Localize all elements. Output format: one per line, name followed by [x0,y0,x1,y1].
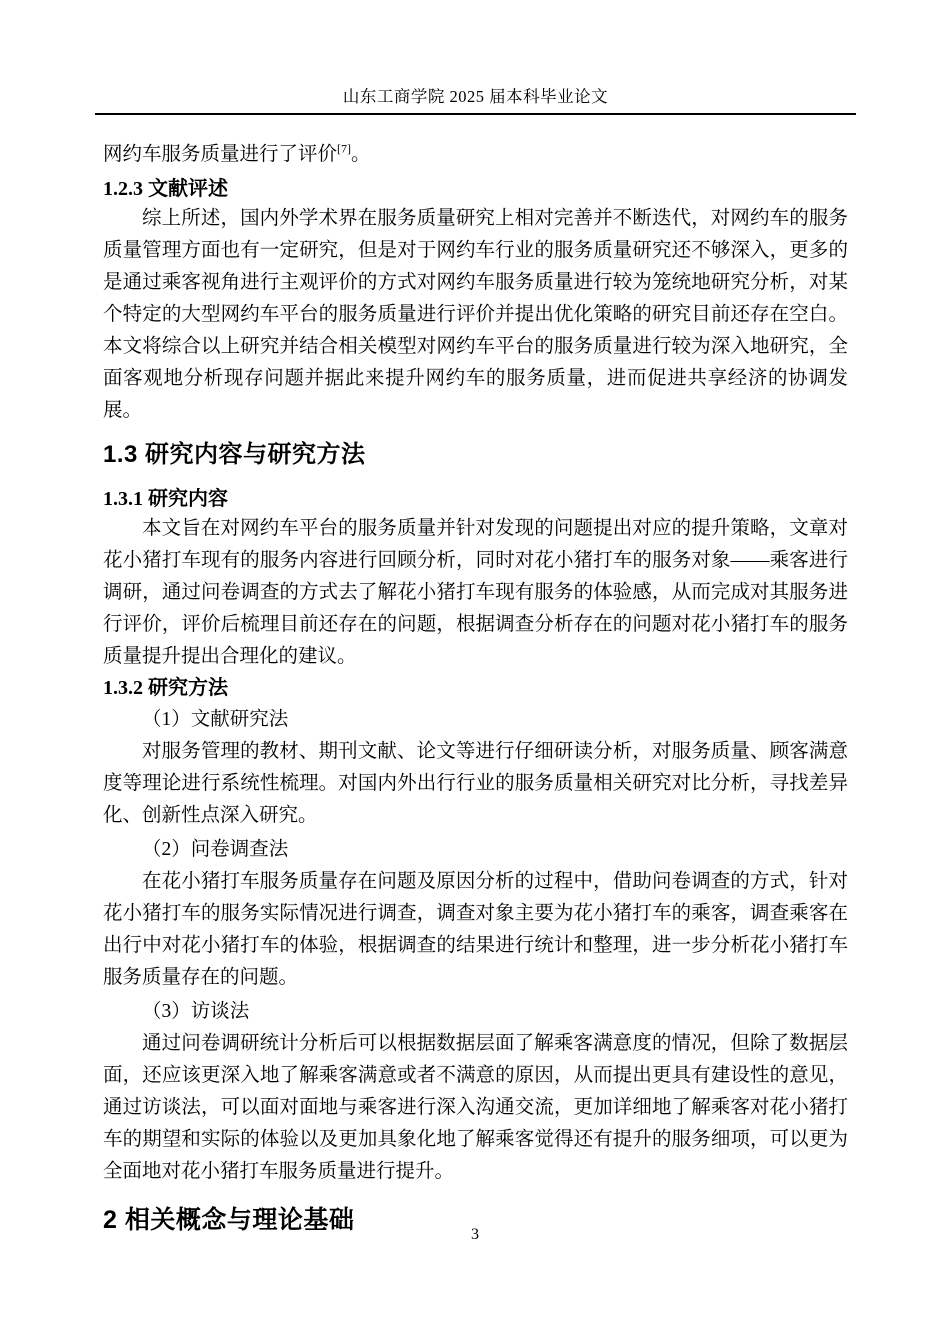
heading-1-3-research-content-and-methods: 1.3 研究内容与研究方法 [103,438,848,471]
method-2-text: 在花小猪打车服务质量存在问题及原因分析的过程中，借助问卷调查的方式，针对花小猪打… [103,866,848,994]
heading-1-3-2-research-methods: 1.3.2 研究方法 [103,675,848,702]
method-2-title: （2）问卷调查法 [103,834,848,866]
lead-text: 网约车服务质量进行了评价 [103,144,337,165]
page-number: 3 [0,1226,950,1244]
paragraph-research-content: 本文旨在对网约车平台的服务质量并针对发现的问题提出对应的提升策略，文章对花小猪打… [103,513,848,673]
page-header: 山东工商学院 2025 届本科毕业论文 [95,0,856,115]
method-1-title: （1）文献研究法 [103,704,848,736]
method-3-text: 通过问卷调研统计分析后可以根据数据层面了解乘客满意度的情况，但除了数据层面，还应… [103,1028,848,1188]
heading-1-2-3-literature-review: 1.2.3 文献评述 [103,176,848,203]
heading-1-3-1-research-content: 1.3.1 研究内容 [103,486,848,513]
lead-tail: 。 [351,144,371,165]
running-head-title: 山东工商学院 2025 届本科毕业论文 [343,83,608,107]
page-content: 网约车服务质量进行了评价[7]。 1.2.3 文献评述 综上所述，国内外学术界在… [103,115,848,1237]
lead-paragraph: 网约车服务质量进行了评价[7]。 [103,139,848,171]
method-3-title: （3）访谈法 [103,996,848,1028]
paragraph-literature-review: 综上所述，国内外学术界在服务质量研究上相对完善并不断迭代，对网约车的服务质量管理… [103,203,848,427]
thesis-page: 山东工商学院 2025 届本科毕业论文 网约车服务质量进行了评价[7]。 1.2… [0,0,950,1344]
method-1-text: 对服务管理的教材、期刊文献、论文等进行仔细研读分析，对服务质量、顾客满意度等理论… [103,736,848,832]
citation-reference-7: [7] [337,142,351,156]
